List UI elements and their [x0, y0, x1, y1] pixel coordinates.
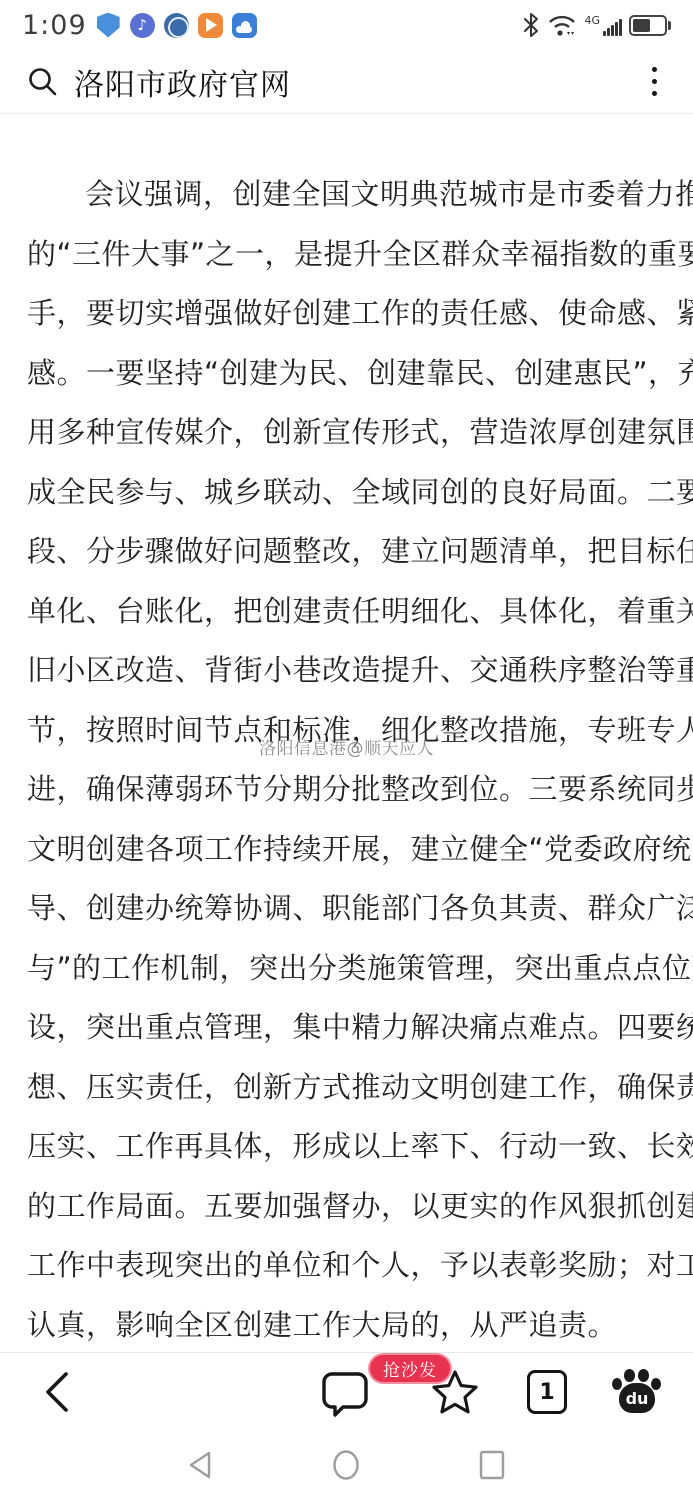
article-line: 的“三件大事”之一，是提升全区群众幸福指数的重要抓: [27, 225, 666, 285]
baidu-paw-icon: du: [609, 1366, 665, 1418]
browser-toolbar: 抢沙发 1 du: [0, 1352, 693, 1430]
back-button[interactable]: [17, 1353, 97, 1431]
battery-icon: [629, 15, 671, 36]
android-back-icon[interactable]: [165, 1430, 235, 1500]
article-line: 感。一要坚持“创建为民、创建靠民、创建惠民”，充分运: [27, 344, 666, 404]
baidu-paw-label: du: [619, 1383, 655, 1413]
network-type-label: 4G: [584, 14, 600, 27]
clock-time: 1:09: [22, 10, 87, 41]
search-icon[interactable]: [26, 65, 60, 99]
article-line: 进，确保薄弱环节分期分批整改到位。三要系统同步推进: [27, 760, 666, 820]
article-line: 工作中表现突出的单位和个人，予以表彰奖励；对工作不: [27, 1236, 666, 1296]
browser-app-icon: [164, 13, 189, 38]
article-line: 段、分步骤做好问题整改，建立问题清单，把目标任务清: [27, 522, 666, 582]
kebab-menu-icon[interactable]: [642, 61, 667, 102]
weather-app-icon: [232, 13, 257, 38]
article-line: 设，突出重点管理，集中精力解决痛点难点。四要统一思: [27, 998, 666, 1058]
article-line: 单化、台账化，把创建责任明细化、具体化，着重关注老: [27, 582, 666, 642]
tab-count-box: 1: [527, 1370, 567, 1414]
article-line: 成全民参与、城乡联动、全域同创的良好局面。二要分阶: [27, 463, 666, 523]
article-line: 的工作局面。五要加强督办，以更实的作风狠抓创建，对: [27, 1177, 666, 1237]
first-comment-badge[interactable]: 抢沙发: [368, 1353, 452, 1384]
comment-bubble-icon: [316, 1363, 374, 1421]
article-line: 文明创建各项工作持续开展，建立健全“党委政府统一领: [27, 820, 666, 880]
bluetooth-icon: [522, 12, 540, 38]
page-title[interactable]: 洛阳市政府官网: [74, 60, 291, 104]
article-line: 旧小区改造、背街小巷改造提升、交通秩序整治等重要环: [27, 641, 666, 701]
android-home-icon[interactable]: [311, 1430, 381, 1500]
status-bar: 1:09 ♪ 4G: [0, 0, 693, 50]
article-line: 导、创建办统筹协调、职能部门各负其责、群众广泛参: [27, 879, 666, 939]
clipped-text-line: 文明城区创建工作提供坚实保障和大力支持。: [27, 114, 666, 129]
article-body: 文明城区创建工作提供坚实保障和大力支持。 会议强调，创建全国文明典范城市是市委着…: [0, 114, 693, 1352]
article-line: 想、压实责任，创新方式推动文明创建工作，确保责任再: [27, 1058, 666, 1118]
wifi-icon: [547, 12, 577, 38]
article-line: 手，要切实增强做好创建工作的责任感、使命感、紧迫: [27, 284, 666, 344]
article-line: 用多种宣传媒介，创新宣传形式，营造浓厚创建氛围，形: [27, 403, 666, 463]
article-line: 认真，影响全区创建工作大局的，从严追责。: [27, 1296, 666, 1353]
article-line: 压实、工作再具体，形成以上率下、行动一致、长效常态: [27, 1117, 666, 1177]
phone-screen: 1:09 ♪ 4G: [0, 0, 693, 1500]
tabs-button[interactable]: 1: [507, 1353, 587, 1431]
browser-header: 洛阳市政府官网: [0, 50, 693, 114]
article-line: 会议强调，创建全国文明典范城市是市委着力推动: [27, 165, 666, 225]
shield-icon: [96, 13, 121, 38]
signal-bars-icon: 4G: [584, 14, 622, 36]
android-navbar: [0, 1430, 693, 1500]
article-line: 与”的工作机制，突出分类施策管理，突出重点点位建: [27, 939, 666, 999]
watermark-text: 洛阳信息港@顺天应人: [0, 734, 693, 759]
baidu-home-button[interactable]: du: [597, 1353, 677, 1431]
music-app-icon: ♪: [130, 13, 155, 38]
android-recents-icon[interactable]: [457, 1430, 527, 1500]
video-play-icon: [198, 13, 223, 38]
